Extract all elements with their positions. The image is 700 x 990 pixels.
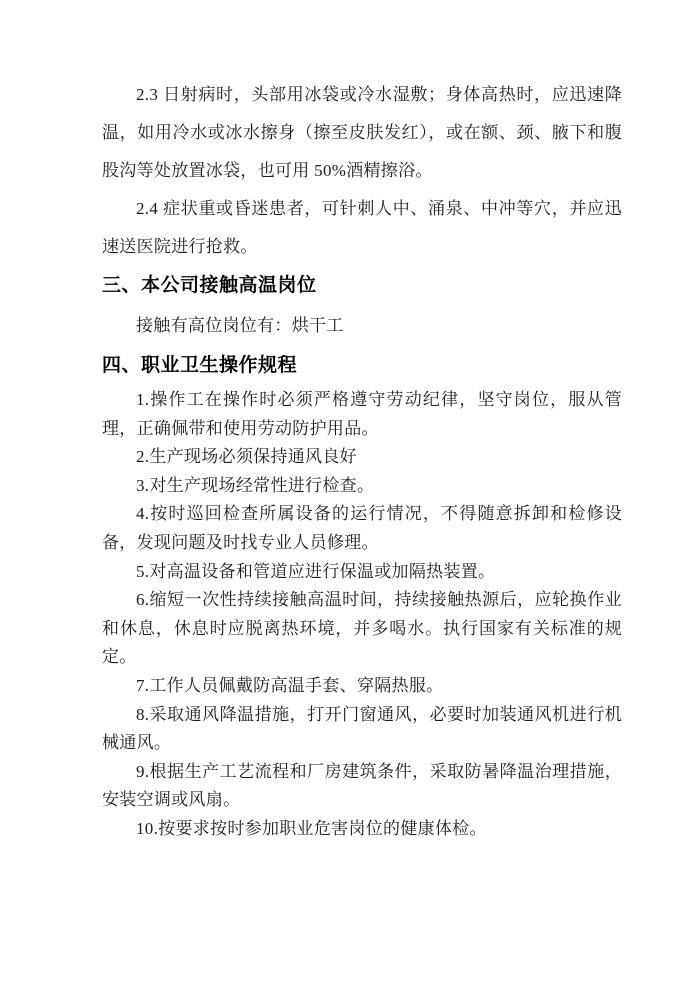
section-heading-3: 三、本公司接触高温岗位 (102, 266, 622, 306)
list-item-10: 10.按要求按时参加职业危害岗位的健康体检。 (102, 815, 622, 844)
list-item-7: 7.工作人员佩戴防高温手套、穿隔热服。 (102, 672, 622, 701)
paragraph-2-4: 2.4 症状重或昏迷患者，可针刺人中、涌泉、中冲等穴，并应迅速送医院进行抢救。 (102, 190, 622, 266)
list-item-9: 9.根据生产工艺流程和厂房建筑条件，采取防暑降温治理措施，安装空调或风扇。 (102, 758, 622, 815)
paragraph-2-3: 2.3 日射病时，头部用冰袋或冷水湿敷；身体高热时，应迅速降温，如用冷水或冰水擦… (102, 76, 622, 190)
list-item-5: 5.对高温设备和管道应进行保温或加隔热装置。 (102, 558, 622, 587)
list-item-3: 3.对生产现场经常性进行检查。 (102, 472, 622, 501)
list-item-6: 6.缩短一次性持续接触高温时间，持续接触热源后，应轮换作业和休息，休息时应脱离热… (102, 586, 622, 672)
list-item-1: 1.操作工在操作时必须严格遵守劳动纪律，坚守岗位，服从管理，正确佩带和使用劳动防… (102, 386, 622, 443)
section-heading-4: 四、职业卫生操作规程 (102, 346, 622, 386)
list-item-8: 8.采取通风降温措施，打开门窗通风，必要时加装通风机进行机械通风。 (102, 701, 622, 758)
paragraph-high-temp-positions: 接触有高位岗位有：烘干工 (102, 306, 622, 346)
list-item-2: 2.生产现场必须保持通风良好 (102, 443, 622, 472)
list-item-4: 4.按时巡回检查所属设备的运行情况，不得随意拆卸和检修设备，发现问题及时找专业人… (102, 500, 622, 557)
document-page: 2.3 日射病时，头部用冰袋或冷水湿敷；身体高热时，应迅速降温，如用冷水或冰水擦… (0, 0, 700, 990)
document-content: 2.3 日射病时，头部用冰袋或冷水湿敷；身体高热时，应迅速降温，如用冷水或冰水擦… (102, 76, 622, 844)
